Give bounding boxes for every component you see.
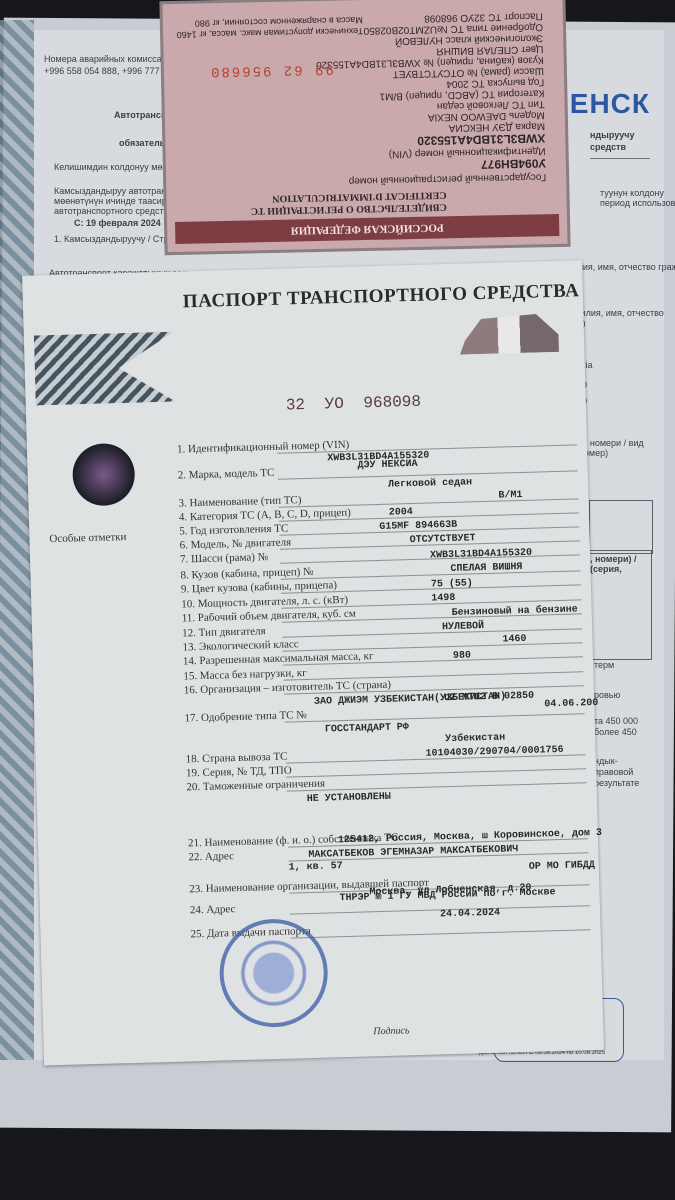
field-value: ОТСУТСТВУЕТ	[409, 533, 475, 546]
approval-authority: ГОССТАНДАРТ РФ	[325, 722, 409, 735]
field-value: 2004	[389, 507, 413, 519]
field-value: Легковой седан	[388, 477, 472, 490]
field-value: Бензиновый на бензине	[452, 604, 578, 619]
policy-right-text: результате	[594, 778, 639, 788]
passport-series-number: 32 УО 968098	[286, 393, 422, 415]
type-label: Тип ТС	[512, 98, 545, 110]
policy-line: мөөнөтүнүн ичинде таасир	[54, 196, 167, 206]
field-value: НЕ УСТАНОВЛЕНЫ	[307, 792, 391, 805]
field-label: 22. Адрес	[188, 850, 234, 863]
certificate-country: РОССИЙСКАЯ ФЕДЕРАЦИЯ	[175, 214, 559, 244]
field-label: 9. Цвет кузова (кабины, прицепа)	[181, 579, 337, 595]
color: СПЕЛАЯ ВИШНЯ	[436, 44, 518, 57]
field-label: 7. Шасси (рама) №	[180, 551, 268, 565]
special-notes-label: Особые отметки	[49, 531, 126, 545]
field-value: 10104030/290704/0001756	[425, 745, 563, 760]
make: ДЭУ НЕКСИА	[449, 121, 513, 133]
field-value: 1498	[431, 593, 455, 605]
model: DAEWOO NEXIA	[428, 110, 507, 123]
field-underline	[279, 498, 579, 507]
field-label: 12. Тип двигателя	[182, 625, 266, 639]
field-label: 24. Адрес	[190, 903, 236, 916]
policy-right-text: правовой	[594, 767, 633, 777]
field-label: 19. Серия, № ТД, ТПО	[186, 764, 292, 779]
eco-label: Экологический класс	[445, 32, 543, 45]
policy-right-text: период использования	[600, 198, 675, 208]
field-value: ОР МО ГИБДД	[529, 860, 595, 873]
field-underline	[283, 642, 583, 651]
field-value: Узбекистан	[445, 733, 505, 746]
field-label: 2. Марка, модель ТС	[178, 467, 275, 482]
curb-mass: 980	[195, 18, 210, 28]
registration-certificate: РОССИЙСКАЯ ФЕДЕРАЦИЯ СВИДЕТЕЛЬСТВО О РЕГ…	[162, 0, 567, 252]
max-mass: 1460	[177, 30, 197, 40]
field-value: 1460	[502, 634, 526, 646]
chassis-label: Шасси (рама) №	[467, 65, 544, 78]
field-value: 125412, Россия, Москва, ш Коровинское, д…	[338, 828, 602, 846]
approval: №UZMT02B02850	[364, 23, 448, 36]
vehicle-passport: ПАСПОРТ ТРАНСПОРТНОГО СРЕДСТВА 32 УО 968…	[22, 260, 604, 1065]
field-underline	[286, 768, 586, 777]
approval-label: Одобрение типа ТС	[450, 21, 543, 34]
policy-right-text: средств	[590, 142, 626, 152]
field-label: 14. Разрешенная максимальная масса, кг	[183, 650, 374, 667]
field-label: 6. Модель, № двигателя	[180, 536, 292, 551]
emergency-label: Номера аварийных комиссаров	[44, 54, 176, 64]
car-emblem-icon	[453, 296, 565, 369]
reg-number: У094ВН977	[481, 156, 546, 171]
field-value: НУЛЕВОЙ	[442, 621, 484, 633]
field-label: 13. Экологический класс	[182, 638, 299, 653]
passport-title: ПАСПОРТ ТРАНСПОРТНОГО СРЕДСТВА	[183, 280, 580, 313]
policy-right-text: ндыруучу	[590, 130, 634, 140]
field-underline	[281, 570, 581, 579]
field-value: G15MF 894663B	[379, 520, 457, 533]
passport-label: Паспорт ТС	[488, 10, 543, 22]
policy-right-text: терм	[594, 660, 614, 670]
type: Легковой седан	[437, 99, 509, 112]
make-label: Марка	[515, 120, 545, 132]
field-value-continued: 1, кв. 57	[289, 861, 343, 874]
field-value: 980	[453, 650, 471, 661]
field-label: 5. Год изготовления ТС	[179, 522, 288, 537]
policy-right-text: та 450 000	[594, 716, 638, 726]
policy-heading-2: обязательн	[119, 138, 171, 148]
official-stamp-icon	[218, 918, 329, 1029]
signature-label: Подпись	[373, 1025, 409, 1037]
emergency-phones: +996 558 054 888, +996 777	[44, 66, 160, 76]
field-label: 1. Идентификационный номер (VIN)	[177, 439, 350, 456]
vin: XWB3L31BD4A155320	[417, 131, 545, 148]
color-label: Цвет	[521, 43, 544, 54]
field-underline	[283, 671, 583, 680]
max-mass-label: Технически допустимая макс. масса, кг	[199, 26, 363, 39]
category: В/М1	[379, 90, 403, 101]
field-underline	[285, 713, 585, 722]
policy-date: С: 19 февраля 2024	[74, 218, 161, 228]
field-label: 18. Страна вывоза ТС	[186, 751, 288, 766]
field-value: 24.04.2024	[440, 908, 500, 921]
field-value: 75 (55)	[431, 578, 473, 590]
policy-right-text: туунун колдону	[600, 188, 664, 198]
field-value: XWB3L31BD4A155320	[430, 548, 532, 562]
passport: 32УО 968098	[424, 11, 485, 23]
model-label: Модель	[509, 109, 545, 121]
hologram-icon	[72, 443, 136, 507]
insurer-brand: ЕНСК	[570, 88, 650, 120]
approval-date: 04.06.200	[544, 698, 598, 711]
field-underline	[287, 782, 587, 791]
reg-number-label: Государственный регистрационный номер	[349, 171, 547, 186]
policy-right-text: ндык-	[594, 756, 618, 766]
chassis: ОТСУТСТВУЕТ	[393, 67, 465, 79]
field-label: 4. Категория ТС (A, B, C, D, прицеп)	[179, 507, 351, 524]
chevron-ornament-icon	[34, 332, 176, 406]
field-underline	[291, 929, 591, 938]
field-underline	[282, 628, 582, 637]
field-value: СПЕЛАЯ ВИШНЯ	[450, 562, 522, 575]
policy-line: автотранспортного средства	[54, 206, 173, 216]
year-label: Год выпуска ТС	[471, 76, 544, 89]
field-value: UZ MT02 B 02850	[444, 691, 534, 705]
year: 2004	[446, 78, 468, 89]
field-label: 11. Рабочий объем двигателя, куб. см	[182, 608, 356, 625]
certificate-serial: 99 62 956680	[209, 61, 334, 80]
field-value: ДЭУ НЕКСИА	[357, 459, 417, 472]
policy-right-text: более 450	[594, 727, 637, 737]
field-value: B/M1	[498, 490, 522, 502]
eco: НУЛЕВОЙ	[395, 34, 443, 46]
